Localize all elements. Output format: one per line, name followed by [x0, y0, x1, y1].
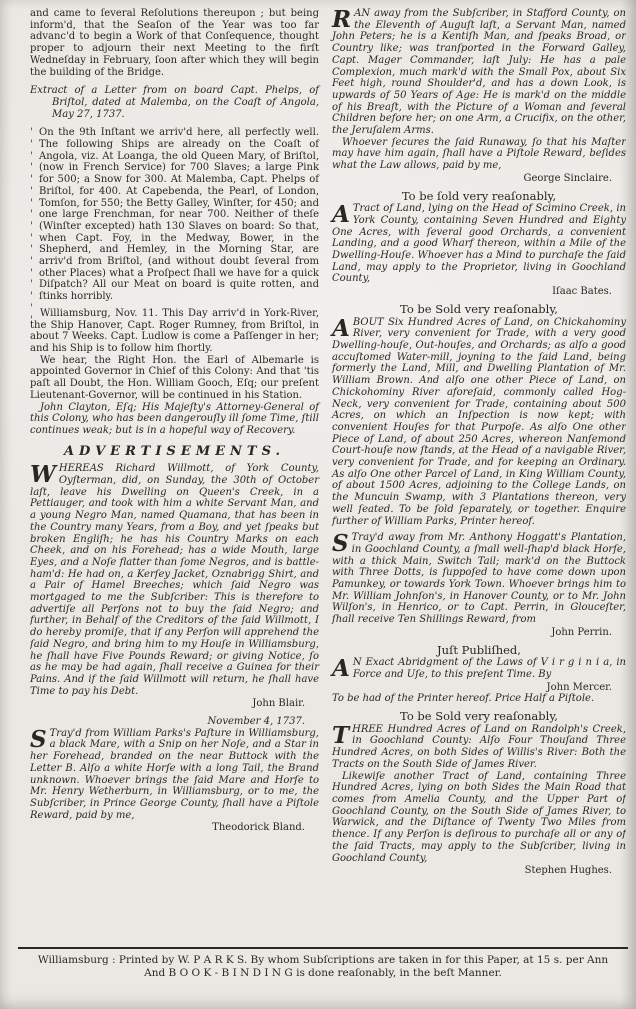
- ad-hoggatt-horse: STray'd away from Mr. Anthony Hoggatt's …: [332, 532, 626, 638]
- ad-chickahominy: ABOUT Six Hundred Acres of Land, on Chic…: [332, 317, 626, 528]
- letter-heading: Extract of a Letter from on board Capt. …: [30, 85, 319, 120]
- letter-body-quoted: On the 9th Inſtant we arriv'd here, all …: [30, 127, 319, 303]
- ad-laws-of-virginia: AN Exact Abridgment of the Laws of V i r…: [332, 657, 626, 705]
- signature-theodorick-bland: Theodorick Bland.: [30, 822, 319, 834]
- dropcap-a2: A: [332, 317, 353, 339]
- ad-laws-body: N Exact Abridgment of the Laws of V i r …: [353, 657, 626, 680]
- ad-strayd-body: Tray'd from William Parks's Paſture in W…: [30, 728, 319, 821]
- news-item-governor: We hear, the Right Hon. the Earl of Albe…: [30, 355, 319, 402]
- signature-john-mercer: John Mercer.: [332, 682, 626, 694]
- dropcap-s: S: [30, 728, 50, 750]
- ad-hoggatt-body: Tray'd away from Mr. Anthony Hoggatt's P…: [332, 532, 626, 625]
- ad-randolphs-body-1: HREE Hundred Acres of Land on Randolph's…: [332, 724, 626, 770]
- signature-john-perrin: John Perrin.: [332, 627, 626, 639]
- imprint-line-1: Williamsburg : Printed by W. P A R K S. …: [18, 954, 628, 967]
- dropcap-r: R: [332, 8, 354, 30]
- continuation-paragraph: and came to ſeveral Reſolutions thereupo…: [30, 8, 319, 78]
- dropcap-s2: S: [332, 532, 352, 554]
- ad-runaway-body: AN away from the Subſcriber, in Stafford…: [332, 8, 626, 136]
- dropcap-a: A: [332, 203, 353, 225]
- signature-isaac-bates: Iſaac Bates.: [332, 286, 626, 298]
- news-item-clayton: John Clayton, Eſq; His Majeſty's Attorne…: [30, 402, 319, 437]
- ad-runaway-reward: Whoever ſecures the ſaid Runaway, ſo tha…: [332, 137, 626, 172]
- signature-george-sinclaire: George Sinclaire.: [332, 173, 626, 185]
- ad-tract-body: Tract of Land, lying on the Head of Scim…: [332, 203, 626, 284]
- ad-chickahominy-body: BOUT Six Hundred Acres of Land, on Chick…: [332, 317, 626, 527]
- signature-stephen-hughes: Stephen Hughes.: [332, 865, 626, 877]
- ad-strayd-mare: STray'd from William Parks's Paſture in …: [30, 728, 319, 834]
- imprint-footer: Williamsburg : Printed by W. P A R K S. …: [18, 947, 628, 980]
- ad-willmott-body: HEREAS Richard Willmott, of York County,…: [30, 463, 319, 696]
- ad-laws-price-line: To be had of the Printer hereof. Price H…: [332, 693, 626, 705]
- left-column: and came to ſeveral Reſolutions thereupo…: [30, 8, 319, 942]
- dropcap-t: T: [332, 724, 352, 746]
- newspaper-page: and came to ſeveral Reſolutions thereupo…: [0, 0, 636, 1009]
- ad-tract-scimino: ATract of Land, lying on the Head of Sci…: [332, 203, 626, 298]
- footer-rule: [18, 947, 628, 949]
- right-column: RAN away from the Subſcriber, in Staffor…: [332, 8, 626, 942]
- heading-to-be-sold-2: To be Sold very reaſonably,: [332, 304, 626, 316]
- ad-willmott: WHEREAS Richard Willmott, of York County…: [30, 463, 319, 710]
- date-line: November 4, 1737.: [30, 716, 319, 728]
- heading-to-be-sold-3: To be Sold very reaſonably,: [332, 711, 626, 723]
- ad-randolphs-creek: THREE Hundred Acres of Land on Randolph'…: [332, 724, 626, 877]
- dropcap-w: W: [30, 463, 59, 485]
- ad-runaway: RAN away from the Subſcriber, in Staffor…: [332, 8, 626, 185]
- page-columns: and came to ſeveral Reſolutions thereupo…: [30, 8, 626, 942]
- signature-john-blair: John Blair.: [30, 698, 319, 710]
- dropcap-a3: A: [332, 657, 353, 679]
- heading-to-be-sold-1: To be ſold very reaſonably,: [332, 191, 626, 203]
- heading-just-published: Juſt Publiſhed,: [332, 645, 626, 657]
- letter-body: On the 9th Inſtant we arriv'd here, all …: [39, 127, 319, 303]
- ad-randolphs-body-2: Likewiſe another Tract of Land, containi…: [332, 771, 626, 865]
- news-item-arrival: Williamsburg, Nov. 11. This Day arriv'd …: [30, 308, 319, 355]
- advertisements-heading: ADVERTISEMENTS.: [30, 446, 319, 458]
- imprint-line-2: And B O O K - B I N D I N G is done reaſ…: [18, 967, 628, 980]
